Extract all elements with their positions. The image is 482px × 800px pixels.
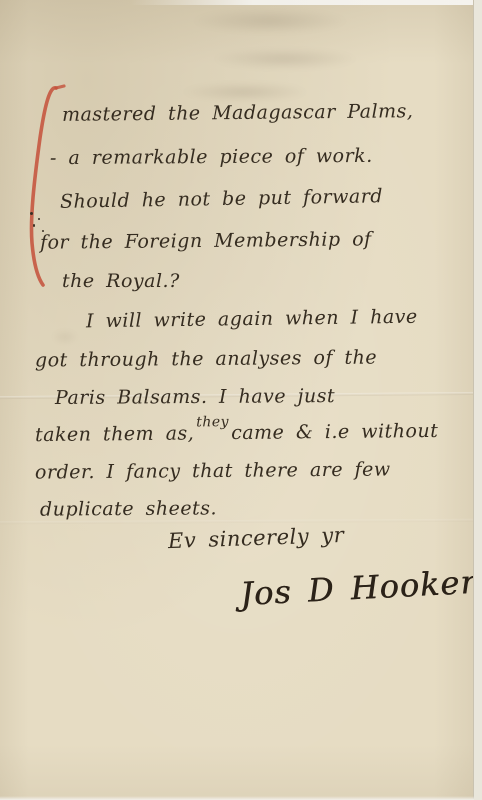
- letter-line: the Royal.?: [62, 272, 180, 291]
- ink-speck: [33, 224, 35, 227]
- letter-signature: Jos D Hooker: [239, 566, 477, 610]
- letter-line: duplicate sheets.: [40, 499, 217, 519]
- letter-line-segment: taken them as,: [35, 422, 195, 446]
- letter-line-with-insertion: taken them as,theycame & i.e without: [35, 422, 438, 445]
- letter-line: I will write again when I have: [86, 308, 418, 332]
- ink-showthrough-smudge: [180, 82, 310, 102]
- letter-scan-page: mastered the Madagascar Palms, - a remar…: [0, 0, 482, 800]
- ink-showthrough-smudge: [210, 48, 360, 70]
- letter-line: mastered the Madagascar Palms,: [62, 102, 414, 125]
- letter-closing: Ev sincerely yr: [168, 525, 345, 552]
- paper-top-edge: [130, 0, 482, 5]
- letter-line: got through the analyses of the: [35, 349, 377, 371]
- ink-showthrough-smudge: [190, 8, 350, 34]
- letter-line: order. I fancy that there are few: [35, 460, 391, 482]
- interlinear-insertion: they: [196, 415, 229, 429]
- paper-right-edge: [473, 0, 482, 800]
- paper-bottom-edge: [0, 796, 474, 800]
- ink-showthrough-smudge: [52, 330, 78, 344]
- ink-speck: [30, 212, 33, 215]
- letter-line-segment: came & i.e without: [231, 420, 438, 444]
- letter-line: Paris Balsams. I have just: [55, 387, 335, 408]
- letter-line: for the Foreign Membership of: [40, 230, 372, 252]
- letter-line: - a remarkable piece of work.: [50, 147, 373, 168]
- ink-speck: [38, 218, 40, 220]
- letter-line: Should he not be put forward: [60, 187, 383, 212]
